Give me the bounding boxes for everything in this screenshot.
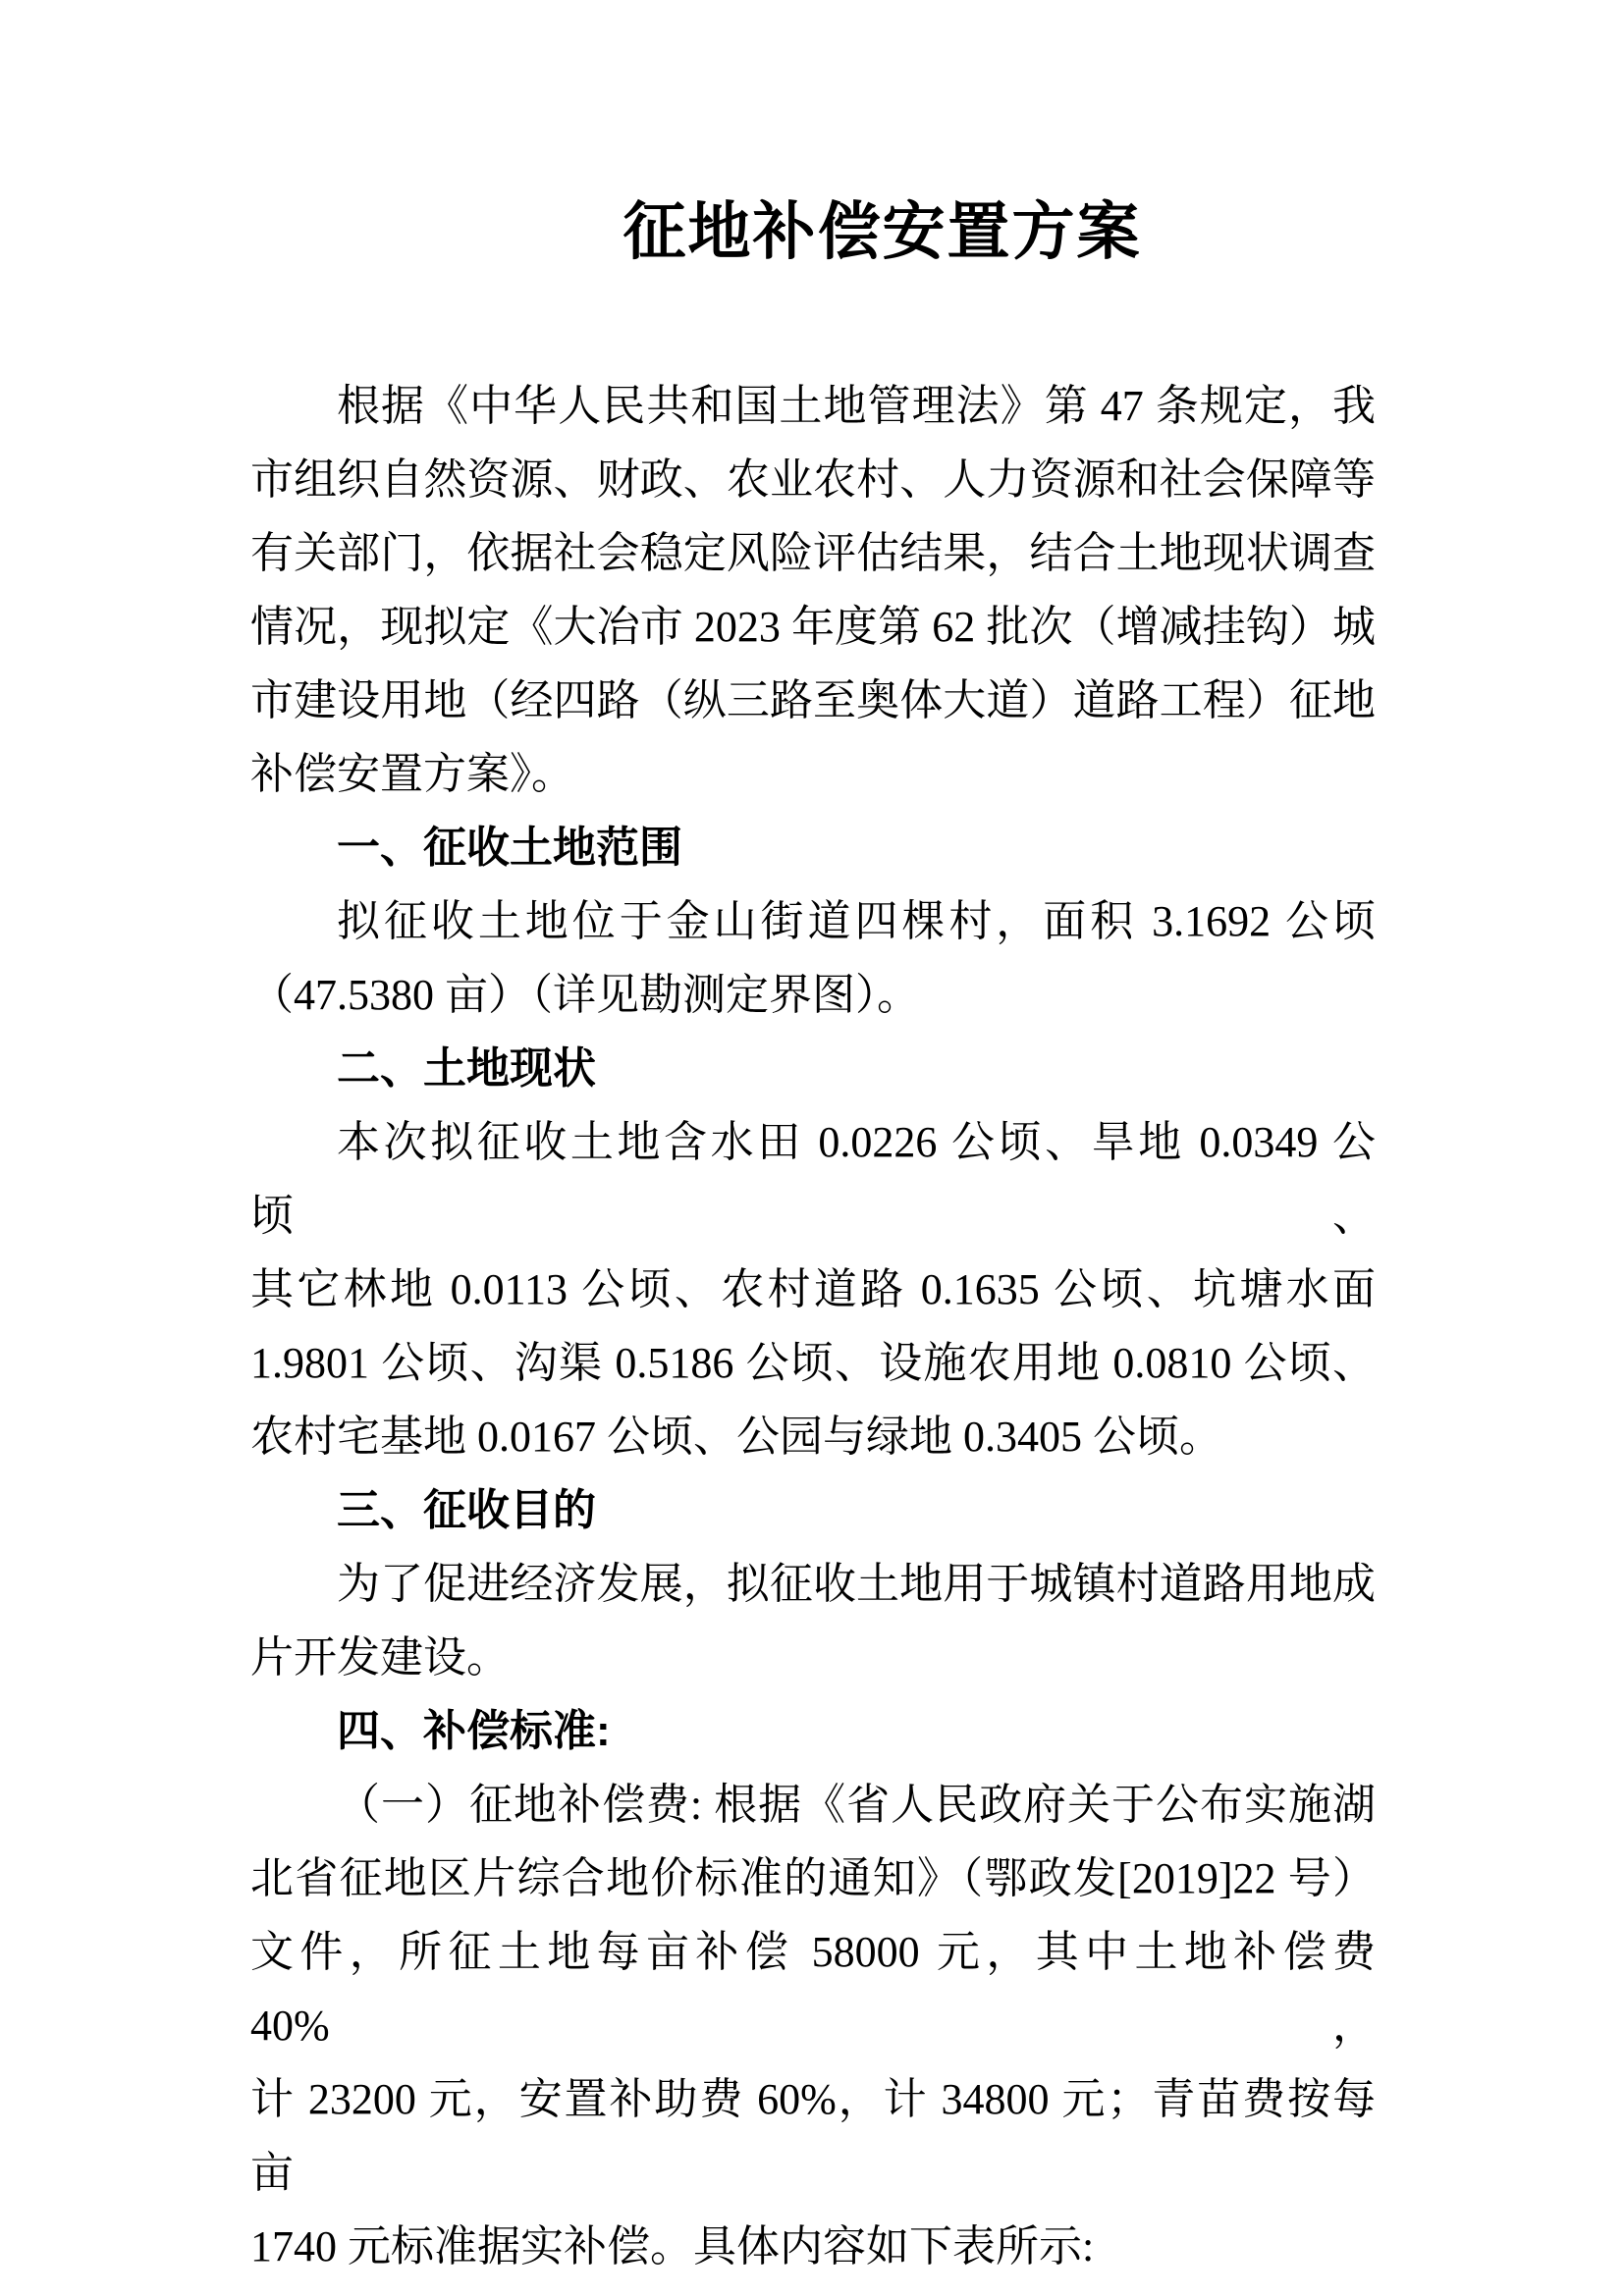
body-line: 其它林地 0.0113 公顷、农村道路 0.1635 公顷、坑塘水面 <box>250 1253 1376 1326</box>
body-line: 补偿安置方案》。 <box>250 737 1376 811</box>
section-heading: 二、土地现状 <box>250 1032 1376 1105</box>
document-title: 征地补偿安置方案 <box>250 187 1375 277</box>
document-page: 征地补偿安置方案 根据《中华人民共和国土地管理法》第 47 条规定，我市组织自然… <box>0 0 1624 2296</box>
body-line: 情况，现拟定《大冶市 2023 年度第 62 批次（增减挂钩）城 <box>250 590 1376 664</box>
body-line: 市组织自然资源、财政、农业农村、人力资源和社会保障等 <box>250 443 1376 516</box>
body-line: （一）征地补偿费: 根据《省人民政府关于公布实施湖 <box>250 1768 1376 1842</box>
section-heading: 一、征收土地范围 <box>250 811 1376 884</box>
document-body: 根据《中华人民共和国土地管理法》第 47 条规定，我市组织自然资源、财政、农业农… <box>250 369 1376 2283</box>
body-line: 片开发建设。 <box>250 1621 1376 1694</box>
body-line: （47.5380 亩）（详见勘测定界图）。 <box>250 958 1376 1032</box>
body-line: 1.9801 公顷、沟渠 0.5186 公顷、设施农用地 0.0810 公顷、 <box>250 1326 1376 1400</box>
body-line: 拟征收土地位于金山街道四棵村，面积 3.1692 公顷 <box>250 884 1376 958</box>
body-line: 1740 元标准据实补偿。具体内容如下表所示: <box>250 2210 1376 2283</box>
body-line: 有关部门，依据社会稳定风险评估结果，结合土地现状调查 <box>250 516 1376 590</box>
section-heading: 三、征收目的 <box>250 1473 1376 1547</box>
body-line: 为了促进经济发展，拟征收土地用于城镇村道路用地成 <box>250 1547 1376 1621</box>
body-line: 北省征地区片综合地价标准的通知》（鄂政发[2019]22 号） <box>250 1842 1376 1915</box>
body-line: 计 23200 元，安置补助费 60%，计 34800 元；青苗费按每亩 <box>250 2062 1376 2210</box>
section-heading: 四、补偿标准: <box>250 1694 1376 1768</box>
body-line: 根据《中华人民共和国土地管理法》第 47 条规定，我 <box>250 369 1376 443</box>
body-line: 文件，所征土地每亩补偿 58000 元，其中土地补偿费 40%， <box>250 1915 1376 2062</box>
body-line: 本次拟征收土地含水田 0.0226 公顷、旱地 0.0349 公顷、 <box>250 1105 1376 1253</box>
body-line: 农村宅基地 0.0167 公顷、公园与绿地 0.3405 公顷。 <box>250 1400 1376 1473</box>
body-line: 市建设用地（经四路（纵三路至奥体大道）道路工程）征地 <box>250 664 1376 737</box>
